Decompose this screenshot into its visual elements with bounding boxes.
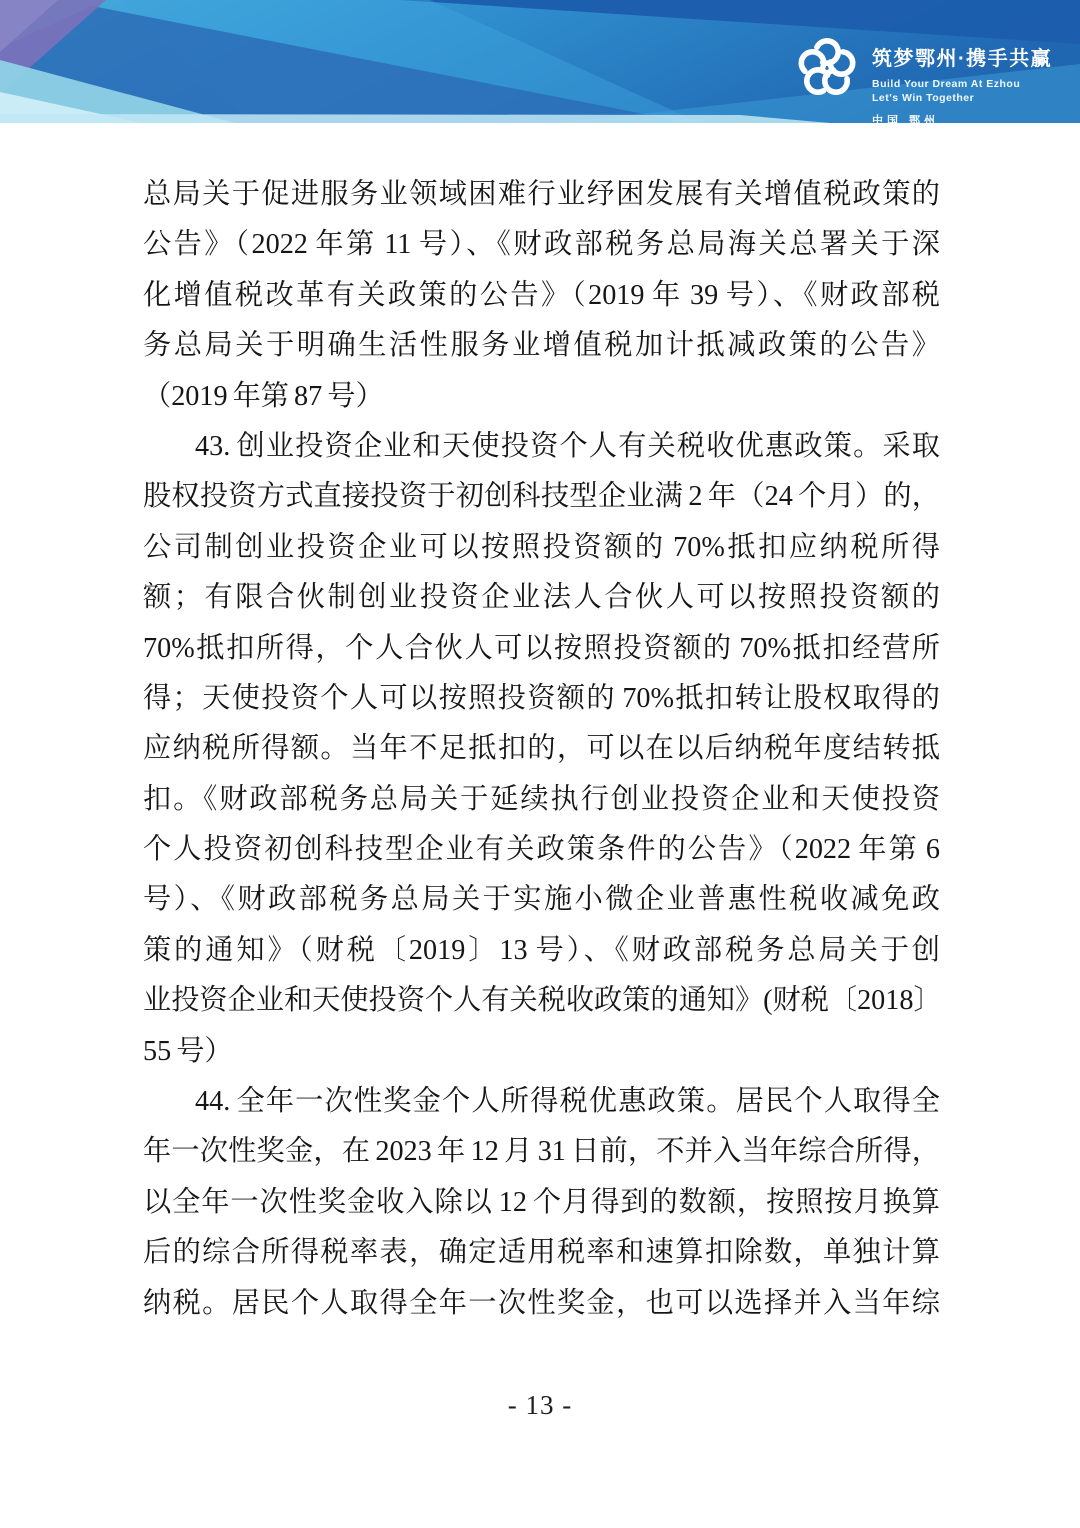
text-line: 纳税。居民个人取得全年一次性奖金，也可以选择并入当年综 xyxy=(143,1279,940,1329)
brand-subtitle-en-line1: Build Your Dream At Ezhou xyxy=(872,78,1052,90)
text-line: 年一次性奖金，在 2023 年 12 月 31 日前，不并入当年综合所得， xyxy=(143,1127,940,1177)
text-line: 总局关于促进服务业领域困难行业纾困发展有关增值税政策的 xyxy=(143,170,940,220)
header-banner: 筑梦鄂州·携手共赢 Build Your Dream At Ezhou Let'… xyxy=(0,0,1080,123)
brand-logo-block: 筑梦鄂州·携手共赢 Build Your Dream At Ezhou Let'… xyxy=(796,34,1052,128)
text-line: 后的综合所得税率表，确定适用税率和速算扣除数，单独计算 xyxy=(143,1228,940,1278)
text-line: 股权投资方式直接投资于初创科技型企业满 2 年（24 个月）的， xyxy=(143,472,940,522)
text-line: 务总局关于明确生活性服务业增值税加计抵减政策的公告》 xyxy=(143,321,940,371)
text-line: 个人投资初创科技型企业有关政策条件的公告》（2022 年第 6 xyxy=(143,825,940,875)
flower-logo-icon xyxy=(796,34,858,106)
brand-subtitle-en-line2: Let's Win Together xyxy=(872,92,1052,104)
text-line: 策的通知》（财税〔2019〕13 号）、《财政部税务总局关于创 xyxy=(143,926,940,976)
document-body: 总局关于促进服务业领域困难行业纾困发展有关增值税政策的 公告》（2022 年第 … xyxy=(143,170,940,1329)
brand-region: 中国 鄂州 xyxy=(872,112,1052,128)
brand-title: 筑梦鄂州·携手共赢 xyxy=(872,42,1052,71)
text-line: 额；有限合伙制创业投资企业法人合伙人可以按照投资额的 xyxy=(143,573,940,623)
text-line: 得；天使投资个人可以按照投资额的 70%抵扣转让股权取得的 xyxy=(143,674,940,724)
text-line: 55 号） xyxy=(143,1027,940,1077)
text-line: 以全年一次性奖金收入除以 12 个月得到的数额，按照按月换算 xyxy=(143,1178,940,1228)
page-number: - 13 - xyxy=(508,1390,572,1420)
text-line: 公司制创业投资企业可以按照投资额的 70%抵扣应纳税所得 xyxy=(143,523,940,573)
text-line: 70%抵扣所得，个人合伙人可以按照投资额的 70%抵扣经营所 xyxy=(143,624,940,674)
text-line: （2019 年第 87 号） xyxy=(143,372,940,422)
text-line: 化增值税改革有关政策的公告》（2019 年 39 号）、《财政部税 xyxy=(143,271,940,321)
text-line: 应纳税所得额。当年不足抵扣的，可以在以后纳税年度结转抵 xyxy=(143,724,940,774)
text-line-item-44: 44. 全年一次性奖金个人所得税优惠政策。居民个人取得全 xyxy=(143,1077,940,1127)
text-line: 公告》（2022 年第 11 号）、《财政部税务总局海关总署关于深 xyxy=(143,220,940,270)
page-footer: - 13 - xyxy=(0,1390,1080,1421)
text-line-item-43: 43. 创业投资企业和天使投资个人有关税收优惠政策。采取 xyxy=(143,422,940,472)
text-line: 业投资企业和天使投资个人有关税收政策的通知》(财税〔2018〕 xyxy=(143,976,940,1026)
text-line: 号）、《财政部税务总局关于实施小微企业普惠性税收减免政 xyxy=(143,875,940,925)
brand-text: 筑梦鄂州·携手共赢 Build Your Dream At Ezhou Let'… xyxy=(872,34,1052,128)
text-line: 扣。《财政部税务总局关于延续执行创业投资企业和天使投资 xyxy=(143,775,940,825)
document-page: 筑梦鄂州·携手共赢 Build Your Dream At Ezhou Let'… xyxy=(0,0,1080,1528)
